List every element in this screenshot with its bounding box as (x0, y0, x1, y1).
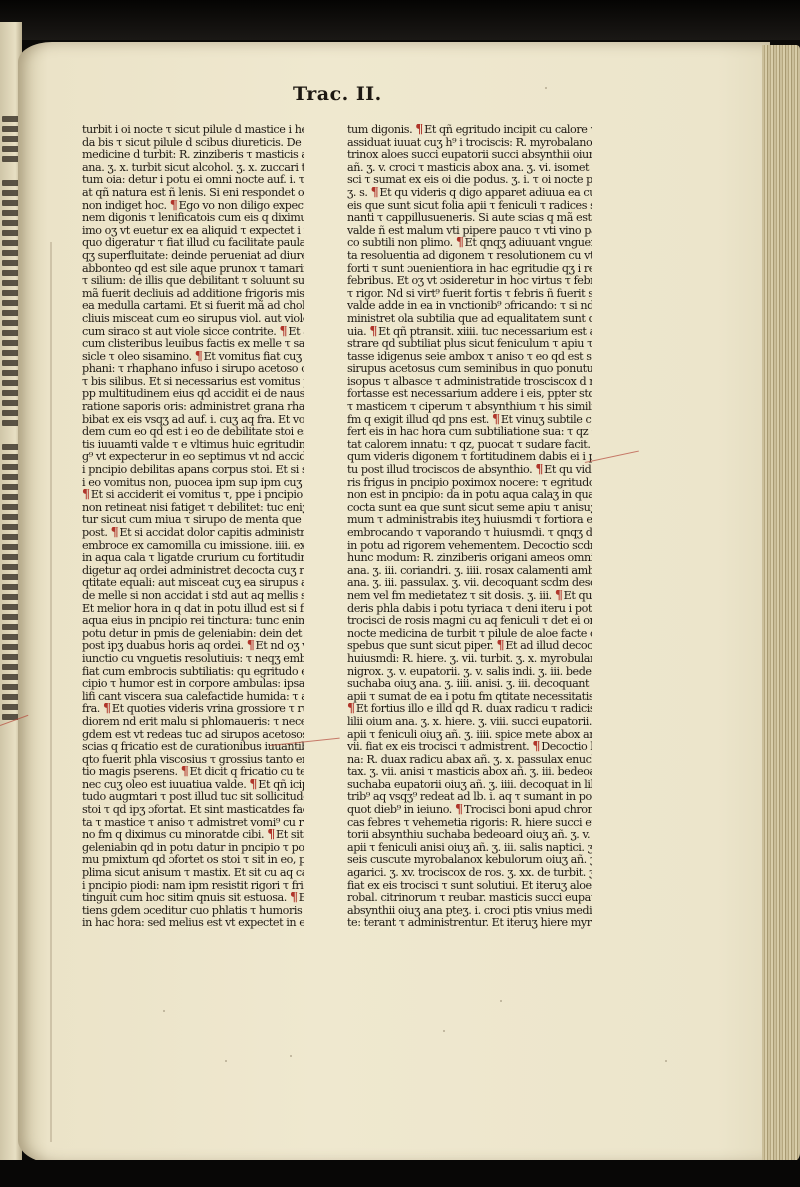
text-line: g⁹ vt expecterur in eo septimus vt nd ac… (82, 451, 304, 464)
line-text: i pncipio piodi: nam ipm resistit rigori… (82, 880, 304, 892)
text-line: trocisci de rosis magni cu aq feniculi τ… (347, 615, 592, 628)
running-head: Trac. II. (293, 83, 382, 105)
text-line: ana. ʒ. iii. passulax. ʒ. vii. decoquant… (347, 577, 592, 590)
line-text: tat calorem innatu: τ qz, puocat τ sudar… (347, 439, 590, 451)
text-line: turbit i oi nocte τ sicut pilule d masti… (82, 124, 304, 137)
text-line: tis iuuamti valde τ e vltimus huic egrit… (82, 439, 304, 452)
text-line: suchaba eupatorii oiuʒ añ. ʒ. iiii. deco… (347, 779, 592, 792)
line-text: da bis τ sicut pilule d scibus diuretici… (82, 137, 304, 149)
line-text: non retineat nisi fatiget τ debilitet: t… (82, 502, 304, 514)
text-line: quot dieb⁹ in ieiuno. ¶Trocisci boni apu… (347, 804, 592, 817)
line-text: cliuis misceat cum eo sirupus viol. aut … (82, 313, 304, 325)
line-text: apii τ sumat de ea i potu fm qtitate nec… (347, 691, 592, 703)
text-line: no fm q diximus cu minoratde cibi. ¶Et s… (82, 829, 304, 842)
text-line: diorem nd erit malu si phlomaueris: τ ne… (82, 716, 304, 729)
text-line: ana. ʒ. iii. coriandri. ʒ. iiii. rosax c… (347, 565, 592, 578)
line-text: lifi cant viscera sua calefactide humida… (82, 691, 304, 703)
text-line: valde ñ est malum vti pipere pauco τ vti… (347, 225, 592, 238)
line-text: ana. ʒ. iii. passulax. ʒ. vii. decoquant… (347, 577, 592, 589)
text-line: digetur aq ordei administret decocta cuʒ… (82, 565, 304, 578)
line-text: fortasse est necessarium addere i eis, p… (347, 388, 592, 400)
paragraph-start-text: Et qu videris q digo apparet adiuua ea c… (379, 187, 592, 199)
line-text: co subtili non plimo. (347, 237, 453, 249)
text-line: robal. citrinorum τ reubar. masticis suc… (347, 892, 592, 905)
line-text: valde adde in ea in vnctionib⁹ ɔfricando… (347, 300, 592, 312)
text-line: na: R. duax radicu abax añ. ʒ. x. passul… (347, 754, 592, 767)
text-line: lilii oium ana. ʒ. x. hiere. ʒ. viii. su… (347, 716, 592, 729)
line-text: in aqua cala τ ligatde crurium cu fortit… (82, 552, 304, 564)
paragraph-start-text: Et fortius illo e illd qd R. duax radicu… (356, 703, 592, 715)
text-line: embroce ex camomilla cu imissione. iiii.… (82, 540, 304, 553)
text-line: hunc modum: R. zinziberis origani ameos … (347, 552, 592, 565)
paragraph-mark-icon: ¶ (195, 351, 203, 364)
line-text: plima sicut anisum τ mastix. Et sit cu a… (82, 867, 304, 879)
text-line: ratione saporis oris: administret grana … (82, 401, 304, 414)
line-text: huiusmdi: R. hiere. ʒ. vii. turbit. ʒ. x… (347, 653, 592, 665)
line-text: tum digonis. (347, 124, 412, 136)
paragraph-mark-icon: ¶ (532, 741, 540, 754)
text-line: iunctio cu vnguetis resolutiuis: τ neqʒ … (82, 653, 304, 666)
text-line: τ masticem τ ciperum τ absynthium τ his … (347, 401, 592, 414)
paragraph-start-text: Et vomitus fiat cuʒ aq rha (204, 351, 304, 363)
text-line: tax. ʒ. vii. anisi τ masticis abox añ. ʒ… (347, 766, 592, 779)
line-text: tinguit cum hoc sitim qnuis sit estuosa. (82, 892, 287, 904)
paragraph-start-text: Et quoties videris vrina grossiore τ rub… (112, 703, 304, 715)
line-text: tum oia: detur i potu ei omni nocte auf.… (82, 174, 304, 186)
text-line: mum τ administrabis iteʒ huiusmdi τ fort… (347, 514, 592, 527)
text-line: cum clisteribus leuibus factis ex melle … (82, 338, 304, 351)
text-line: ana. ʒ. x. turbit sicut alcohol. ʒ. x. z… (82, 162, 304, 175)
text-line: sirupus acetosus cum seminibus in quo po… (347, 363, 592, 376)
line-text: mu pmixtum qd ɔfortet os stoi τ sit in e… (82, 854, 304, 866)
line-text: non indiget hoc. (82, 200, 167, 212)
text-line: ʒ. s. ¶Et qu videris q digo apparet adiu… (347, 187, 592, 200)
line-text: trinox aloes succi eupatorii succi absyn… (347, 149, 592, 161)
line-text: cum clisteribus leuibus factis ex melle … (82, 338, 304, 350)
line-text: valde ñ est malum vti pipere pauco τ vti… (347, 225, 592, 237)
text-line: fm q exigit illud qd pns est. ¶Et vinuʒ … (347, 414, 592, 427)
line-text: qtitate equali: aut misceat cuʒ ea sirup… (82, 577, 304, 589)
line-text: tiens gdem ɔceditur cuo phlatis τ humori… (82, 905, 304, 917)
text-line: τ bis silibus. Et si necessarius est vom… (82, 376, 304, 389)
text-line: potu detur in pmis de geleniabin: dein d… (82, 628, 304, 641)
paragraph-start-text: Et vinuʒ subtile cō (501, 414, 592, 426)
line-text: seis cuscute myrobalanox kebulorum oiuʒ … (347, 854, 592, 866)
text-line: lifi cant viscera sua calefactide humida… (82, 691, 304, 704)
line-text: at qñ natura est ñ lenis. Si eni respond… (82, 187, 304, 199)
text-line: nigrox. ʒ. v. eupatorii. ʒ. v. salis ind… (347, 666, 592, 679)
line-text: in potu ad rigorem vehementem. Decoctio … (347, 540, 592, 552)
background-bottom (0, 1160, 800, 1187)
text-line: nocte medicina de turbit τ pilule de alo… (347, 628, 592, 641)
text-line: non retineat nisi fatiget τ debilitet: t… (82, 502, 304, 515)
text-line: apii τ feniculi anisi oiuʒ añ. ʒ. iii. s… (347, 842, 592, 855)
line-text: cipio τ humor est in corpore ambulas: ip… (82, 678, 304, 690)
text-line: qum videris digonem τ fortitudinem dabis… (347, 451, 592, 464)
line-text: febribus. Et oʒ vt ɔsideretur in hoc vir… (347, 275, 592, 287)
line-text: sirupus acetosus cum seminibus in quo po… (347, 363, 592, 375)
line-text: embrocando τ vaporando τ huiusmdi. τ qnq… (347, 527, 592, 539)
text-line: i eo vomitus non, puocea ipm sup ipm cuʒ… (82, 477, 304, 490)
text-line: stoi τ qd ipʒ ɔfortat. Et sint masticatd… (82, 804, 304, 817)
line-text: forti τ sunt ɔuenientiora in hac egritud… (347, 263, 592, 275)
text-line: sci τ sumat ex eis oi die podus. ʒ. i. τ… (347, 174, 592, 187)
line-text: Et melior hora in q dat in potu illud es… (82, 603, 304, 615)
text-line: qto fuerit phla viscosius τ grossius tan… (82, 754, 304, 767)
line-text: geleniabin qd in potu datur in pncipio τ… (82, 842, 304, 854)
paragraph-start-text: Ego vo non diligo expectatio (179, 200, 304, 212)
line-text: cas febres τ vehemetia rigoris: R. hiere… (347, 817, 592, 829)
paragraph-start-text: Et multo (299, 892, 304, 904)
line-text: tis iuuamti valde τ e vltimus huic egrit… (82, 439, 304, 451)
text-line: absynthii oiuʒ ana pteʒ. i. croci ptis v… (347, 905, 592, 918)
text-line: febribus. Et oʒ vt ɔsideretur in hoc vir… (347, 275, 592, 288)
paragraph-mark-icon: ¶ (82, 489, 90, 502)
line-text: g⁹ vt expecterur in eo septimus vt nd ac… (82, 451, 304, 463)
text-line: post ipʒ duabus horis aq ordei. ¶Et nd o… (82, 640, 304, 653)
line-text: sci τ sumat ex eis oi die podus. ʒ. i. τ… (347, 174, 592, 186)
line-text: nigrox. ʒ. v. eupatorii. ʒ. v. salis ind… (347, 666, 592, 678)
text-line: i pncipio piodi: nam ipm resistit rigori… (82, 880, 304, 893)
text-line: qtitate equali: aut misceat cuʒ ea sirup… (82, 577, 304, 590)
line-text: diorem nd erit malu si phlomaueris: τ ne… (82, 716, 304, 728)
page-block-edges (762, 45, 800, 1163)
line-text: trib⁹ aq vsqʒ⁹ redeat ad lb. i. aq τ sum… (347, 791, 592, 803)
text-line: nem digonis τ lenificatois cum eis q dix… (82, 212, 304, 225)
paragraph-mark-icon: ¶ (371, 187, 379, 200)
line-text: fiat cum embrocis subtiliatis: qu egritu… (82, 666, 304, 678)
line-text: stoi τ qd ipʒ ɔfortat. Et sint masticatd… (82, 804, 304, 816)
paragraph-mark-icon: ¶ (181, 766, 189, 779)
text-line: ris frigus in pncipio poximox nocere: τ … (347, 477, 592, 490)
text-line: mã fuerit decliuis ad additione frigoris… (82, 288, 304, 301)
line-text: nanti τ cappillusueneris. Si aute scias … (347, 212, 592, 224)
text-line: ¶Et fortius illo e illd qd R. duax radic… (347, 703, 592, 716)
text-column-right: tum digonis. ¶Et qñ egritudo incipit cu … (347, 124, 592, 930)
line-text: na: R. duax radicu abax añ. ʒ. x. passul… (347, 754, 592, 766)
text-line: tum digonis. ¶Et qñ egritudo incipit cu … (347, 124, 592, 137)
line-text: tio magis pserens. (82, 766, 178, 778)
line-text: aqua eius in pncipio rei tinctura: tunc … (82, 615, 304, 627)
text-line: torii absynthiu suchaba bedeoard oiuʒ añ… (347, 829, 592, 842)
paragraph-start-text: Et si acciderit ei vomitus τ, ppe i pnci… (91, 489, 304, 501)
line-text: post ipʒ duabus horis aq ordei. (82, 640, 244, 652)
paragraph-mark-icon: ¶ (535, 464, 543, 477)
line-text: strare qd subtiliat plus sicut feniculum… (347, 338, 592, 350)
paragraph-mark-icon: ¶ (456, 237, 464, 250)
line-text: iunctio cu vnguetis resolutiuis: τ neqʒ … (82, 653, 304, 665)
line-text: τ bis silibus. Et si necessarius est vom… (82, 376, 304, 388)
text-line: vii. fiat ex eis trocisci τ admistrent. … (347, 741, 592, 754)
line-text: medicine d turbit: R. zinziberis τ masti… (82, 149, 304, 161)
text-line: in potu ad rigorem vehementem. Decoctio … (347, 540, 592, 553)
line-text: dem cum eo qd est i eo de debilitate sto… (82, 426, 304, 438)
text-line: eis que sunt sicut folia apii τ feniculi… (347, 200, 592, 213)
line-text: ministret ola subtilia que ad equalitate… (347, 313, 592, 325)
line-text: ris frigus in pncipio poximox nocere: τ … (347, 477, 592, 489)
line-text: tur sicut cum miua τ sirupo de menta que… (82, 514, 304, 526)
paragraph-start-text: Et qñ icipit egri (258, 779, 304, 791)
line-text: ana. ʒ. x. turbit sicut alcohol. ʒ. x. z… (82, 162, 304, 174)
paragraph-start-text: Et qu vi (564, 590, 592, 602)
paragraph-mark-icon: ¶ (415, 124, 423, 137)
text-line: ministret ola subtilia que ad equalitate… (347, 313, 592, 326)
text-line: suchaba oiuʒ ana. ʒ. iiii. anisi. ʒ. iii… (347, 678, 592, 691)
line-text: no fm q diximus cu minoratde cibi. (82, 829, 264, 841)
line-text: ta resoluentia ad digonem τ resolutionem… (347, 250, 592, 262)
line-text: hunc modum: R. zinziberis origani ameos … (347, 552, 592, 564)
paragraph-mark-icon: ¶ (347, 703, 355, 716)
text-line: phani: τ rhaphano infuso i sirupo acetos… (82, 363, 304, 376)
line-text: τ silium: de illis que debilitant τ solu… (82, 275, 304, 287)
text-line: imo oʒ vt euetur ex ea aliquid τ expecte… (82, 225, 304, 238)
text-line: trib⁹ aq vsqʒ⁹ redeat ad lb. i. aq τ sum… (347, 791, 592, 804)
text-line: tiens gdem ɔceditur cuo phlatis τ humori… (82, 905, 304, 918)
text-line: tio magis pserens. ¶Et dicit q fricatio … (82, 766, 304, 779)
text-line: fiat ex eis trocisci τ sunt solutiui. Et… (347, 880, 592, 893)
line-text: te: terant τ administrentur. Et iteruʒ h… (347, 917, 592, 929)
text-line: τ silium: de illis que debilitant τ solu… (82, 275, 304, 288)
paragraph-mark-icon: ¶ (455, 804, 463, 817)
text-line: scias q fricatio est de curationibus iuu… (82, 741, 304, 754)
line-text: ratione saporis oris: administret grana … (82, 401, 304, 413)
paragraph-start-text: Trocisci boni apud chroni (464, 804, 592, 816)
paragraph-start-text: Et dicit q fricatio cu tela ara (190, 766, 304, 778)
line-text: in hac hora: sed melius est vt expectet … (82, 917, 304, 929)
text-line: huiusmdi: R. hiere. ʒ. vii. turbit. ʒ. x… (347, 653, 592, 666)
text-column-left: turbit i oi nocte τ sicut pilule d masti… (82, 124, 304, 930)
line-text: fert eis in hac hora cum subtiliatione s… (347, 426, 592, 438)
paragraph-start-text: Et qu vide (544, 464, 592, 476)
line-text: quo digeratur τ fiat illud cu facilitate… (82, 237, 304, 249)
line-text: apii τ feniculi anisi oiuʒ añ. ʒ. iii. s… (347, 842, 592, 854)
text-line: sicle τ oleo sisamino. ¶Et vomitus fiat … (82, 351, 304, 364)
text-line: fra. ¶Et quoties videris vrina grossiore… (82, 703, 304, 716)
text-line: deris phla dabis i potu tyriaca τ deni i… (347, 603, 592, 616)
text-line: cipio τ humor est in corpore ambulas: ip… (82, 678, 304, 691)
text-line: ¶Et si acciderit ei vomitus τ, ppe i pnc… (82, 489, 304, 502)
text-line: agarici. ʒ. xv. trociscox de ros. ʒ. xx.… (347, 867, 592, 880)
text-line: embrocando τ vaporando τ huiusmdi. τ qnq… (347, 527, 592, 540)
paragraph-start-text: Decoctio bo (541, 741, 592, 753)
text-line: cas febres τ vehemetia rigoris: R. hiere… (347, 817, 592, 830)
line-text: qʒ superfluitate: deinde perueniat ad di… (82, 250, 304, 262)
text-line: isopus τ albasce τ administratide trosci… (347, 376, 592, 389)
text-line: nem vel fm medietatez τ sit dosis. ʒ. ii… (347, 590, 592, 603)
text-line: tudo augmtari τ post illud tuc sit solli… (82, 791, 304, 804)
line-text: bibat ex eis vsqʒ ad auf. i. cuʒ aq fra.… (82, 414, 304, 426)
paragraph-mark-icon: ¶ (267, 829, 275, 842)
text-line: τ rigor. Nd si virt⁹ fuerit fortis τ feb… (347, 288, 592, 301)
text-line: ta τ mastice τ aniso τ admistret vomi⁹ c… (82, 817, 304, 830)
text-line: strare qd subtiliat plus sicut feniculum… (347, 338, 592, 351)
line-text: imo oʒ vt euetur ex ea aliquid τ expecte… (82, 225, 304, 237)
paragraph-start-text: Et qnqʒ adiuuant vnguen (465, 237, 592, 249)
text-line: forti τ sunt ɔuenientiora in hac egritud… (347, 263, 592, 276)
text-line: nanti τ cappillusueneris. Si aute scias … (347, 212, 592, 225)
line-text: ta τ mastice τ aniso τ admistret vomi⁹ c… (82, 817, 304, 829)
text-line: uia. ¶Et qñ ptransit. xiiii. tuc necessa… (347, 326, 592, 339)
line-text: turbit i oi nocte τ sicut pilule d masti… (82, 124, 304, 136)
text-line: bibat ex eis vsqʒ ad auf. i. cuʒ aq fra.… (82, 414, 304, 427)
paragraph-start-text: Et ad illud decocto (505, 640, 592, 652)
line-text: cum siraco st aut viole sicce contrite. (82, 326, 276, 338)
line-text: nem digonis τ lenificatois cum eis q dix… (82, 212, 304, 224)
text-line: da bis τ sicut pilule d scibus diuretici… (82, 137, 304, 150)
paragraph-start-text: Et qñ egritudo incipit cu calore τ (424, 124, 592, 136)
text-line: cliuis misceat cum eo sirupus viol. aut … (82, 313, 304, 326)
line-text: i eo vomitus non, puocea ipm sup ipm cuʒ… (82, 477, 304, 489)
line-text: non est in pncipio: da in potu aqua cala… (347, 489, 592, 501)
line-text: pp multitudinem eius qd accidit ei de na… (82, 388, 304, 400)
line-text: tasse idigenus seie ambox τ aniso τ eo q… (347, 351, 592, 363)
paragraph-start-text: Et adiuues (288, 326, 304, 338)
paragraph-start-text: Et si accidat dolor capitis administrent… (119, 527, 304, 539)
text-line: tu post illud trociscos de absynthio. ¶E… (347, 464, 592, 477)
paragraph-mark-icon: ¶ (555, 590, 563, 603)
line-text: ea medulla cartami. Et si fuerit mã ad c… (82, 300, 304, 312)
text-line: qʒ superfluitate: deinde perueniat ad di… (82, 250, 304, 263)
paragraph-mark-icon: ¶ (247, 640, 255, 653)
text-line: te: terant τ administrentur. Et iteruʒ h… (347, 917, 592, 930)
line-text: mã fuerit decliuis ad additione frigoris… (82, 288, 304, 300)
paragraph-start-text: Et qñ ptransit. xiiii. tuc necessarium e… (378, 326, 592, 338)
line-text: digetur aq ordei administret decocta cuʒ… (82, 565, 304, 577)
paragraph-mark-icon: ¶ (103, 703, 111, 716)
text-line: quo digeratur τ fiat illud cu facilitate… (82, 237, 304, 250)
text-line: tum oia: detur i potu ei omni nocte auf.… (82, 174, 304, 187)
line-text: scias q fricatio est de curationibus iuu… (82, 741, 304, 753)
text-line: fert eis in hac hora cum subtiliatione s… (347, 426, 592, 439)
text-line: apii τ feniculi oiuʒ añ. ʒ. iiii. spice … (347, 729, 592, 742)
text-line: spebus que sunt sicut piper. ¶Et ad illu… (347, 640, 592, 653)
text-line: seis cuscute myrobalanox kebulorum oiuʒ … (347, 854, 592, 867)
line-text: τ rigor. Nd si virt⁹ fuerit fortis τ feb… (347, 288, 592, 300)
text-line: tur sicut cum miua τ sirupo de menta que… (82, 514, 304, 527)
line-text: phani: τ rhaphano infuso i sirupo acetos… (82, 363, 304, 375)
text-line: aqua eius in pncipio rei tinctura: tunc … (82, 615, 304, 628)
line-text: fra. (82, 703, 100, 715)
text-line: geleniabin qd in potu datur in pncipio τ… (82, 842, 304, 855)
text-line: in hac hora: sed melius est vt expectet … (82, 917, 304, 930)
text-line: ea medulla cartami. Et si fuerit mã ad c… (82, 300, 304, 313)
line-text: absynthii oiuʒ ana pteʒ. i. croci ptis v… (347, 905, 592, 917)
text-line: mu pmixtum qd ɔfortet os stoi τ sit in e… (82, 854, 304, 867)
paragraph-mark-icon: ¶ (492, 414, 500, 427)
paragraph-mark-icon: ¶ (280, 326, 288, 339)
text-line: pp multitudinem eius qd accidit ei de na… (82, 388, 304, 401)
text-line: fortasse est necessarium addere i eis, p… (347, 388, 592, 401)
text-line: ta resoluentia ad digonem τ resolutionem… (347, 250, 592, 263)
line-text: sicle τ oleo sisamino. (82, 351, 192, 363)
line-text: nem vel fm medietatez τ sit dosis. ʒ. ii… (347, 590, 552, 602)
line-text: torii absynthiu suchaba bedeoard oiuʒ añ… (347, 829, 592, 841)
line-text: apii τ feniculi oiuʒ añ. ʒ. iiii. spice … (347, 729, 592, 741)
text-line: apii τ sumat de ea i potu fm qtitate nec… (347, 691, 592, 704)
text-line: valde adde in ea in vnctionib⁹ ɔfricando… (347, 300, 592, 313)
line-text: ana. ʒ. iii. coriandri. ʒ. iiii. rosax c… (347, 565, 592, 577)
line-text: isopus τ albasce τ administratide trosci… (347, 376, 592, 388)
gutter-shadow (50, 242, 52, 1142)
line-text: tu post illud trociscos de absynthio. (347, 464, 532, 476)
line-text: fiat ex eis trocisci τ sunt solutiui. Et… (347, 880, 592, 892)
line-text: vii. fiat ex eis trocisci τ admistrent. (347, 741, 529, 753)
paragraph-mark-icon: ¶ (369, 326, 377, 339)
text-line: tasse idigenus seie ambox τ aniso τ eo q… (347, 351, 592, 364)
text-line: post. ¶Et si accidat dolor capitis admin… (82, 527, 304, 540)
paragraph-start-text: Et nd oʒ vt fiat (256, 640, 304, 652)
line-text: de melle si non accidat i std aut aq mel… (82, 590, 304, 602)
line-text: nec cuʒ oleo est iuuatiua valde. (82, 779, 246, 791)
paragraph-mark-icon: ¶ (111, 527, 119, 540)
background-top (0, 0, 800, 40)
line-text: qto fuerit phla viscosius τ grossius tan… (82, 754, 304, 766)
line-text: ʒ. s. (347, 187, 367, 199)
line-text: embroce ex camomilla cu imissione. iiii.… (82, 540, 304, 552)
text-line: dem cum eo qd est i eo de debilitate sto… (82, 426, 304, 439)
text-line: medicine d turbit: R. zinziberis τ masti… (82, 149, 304, 162)
text-line: abbonteo qd est sile aque prunox τ tamar… (82, 263, 304, 276)
text-line: co subtili non plimo. ¶Et qnqʒ adiuuant … (347, 237, 592, 250)
line-text: assiduat iuuat cuʒ h⁹ i trociscis: R. my… (347, 137, 592, 149)
line-text: tudo augmtari τ post illud tuc sit solli… (82, 791, 304, 803)
line-text: mum τ administrabis iteʒ huiusmdi τ fort… (347, 514, 592, 526)
text-line: i pncipio debilitas apans corpus stoi. E… (82, 464, 304, 477)
text-line: cum siraco st aut viole sicce contrite. … (82, 326, 304, 339)
line-text: τ masticem τ ciperum τ absynthium τ his … (347, 401, 592, 413)
line-text: potu detur in pmis de geleniabin: dein d… (82, 628, 304, 640)
text-line: assiduat iuuat cuʒ h⁹ i trociscis: R. my… (347, 137, 592, 150)
line-text: añ. ʒ. v. croci τ masticis abox ana. ʒ. … (347, 162, 592, 174)
line-text: qum videris digonem τ fortitudinem dabis… (347, 451, 592, 463)
text-line: trinox aloes succi eupatorii succi absyn… (347, 149, 592, 162)
line-text: nocte medicina de turbit τ pilule de alo… (347, 628, 592, 640)
text-line: tinguit cum hoc sitim qnuis sit estuosa.… (82, 892, 304, 905)
line-text: quot dieb⁹ in ieiuno. (347, 804, 452, 816)
line-text: trocisci de rosis magni cu aq feniculi τ… (347, 615, 592, 627)
line-text: tax. ʒ. vii. anisi τ masticis abox añ. ʒ… (347, 766, 592, 778)
line-text: eis que sunt sicut folia apii τ feniculi… (347, 200, 592, 212)
paragraph-start-text: Et sit cum (276, 829, 304, 841)
paragraph-mark-icon: ¶ (249, 779, 257, 792)
line-text: spebus que sunt sicut piper. (347, 640, 493, 652)
text-line: in aqua cala τ ligatde crurium cu fortit… (82, 552, 304, 565)
text-line: nec cuʒ oleo est iuuatiua valde. ¶Et qñ … (82, 779, 304, 792)
text-line: non indiget hoc. ¶Ego vo non diligo expe… (82, 200, 304, 213)
text-line: cocta sunt ea que sunt sicut seme apiu τ… (347, 502, 592, 515)
line-text: cocta sunt ea que sunt sicut seme apiu τ… (347, 502, 592, 514)
line-text: robal. citrinorum τ reubar. masticis suc… (347, 892, 592, 904)
paragraph-mark-icon: ¶ (290, 892, 298, 905)
line-text: fm q exigit illud qd pns est. (347, 414, 489, 426)
paragraph-mark-icon: ¶ (170, 200, 178, 213)
line-text: uia. (347, 326, 366, 338)
line-text: suchaba eupatorii oiuʒ añ. ʒ. iiii. deco… (347, 779, 592, 791)
line-text: lilii oium ana. ʒ. x. hiere. ʒ. viii. su… (347, 716, 592, 728)
paragraph-mark-icon: ¶ (496, 640, 504, 653)
line-text: i pncipio debilitas apans corpus stoi. E… (82, 464, 304, 476)
text-line: añ. ʒ. v. croci τ masticis abox ana. ʒ. … (347, 162, 592, 175)
line-text: gdem est vt redeas tuc ad sirupos acetos… (82, 729, 304, 741)
text-line: non est in pncipio: da in potu aqua cala… (347, 489, 592, 502)
text-line: tat calorem innatu: τ qz, puocat τ sudar… (347, 439, 592, 452)
text-line: plima sicut anisum τ mastix. Et sit cu a… (82, 867, 304, 880)
line-text: post. (82, 527, 107, 539)
line-text: suchaba oiuʒ ana. ʒ. iiii. anisi. ʒ. iii… (347, 678, 592, 690)
line-text: deris phla dabis i potu tyriaca τ deni i… (347, 603, 592, 615)
text-line: fiat cum embrocis subtiliatis: qu egritu… (82, 666, 304, 679)
text-line: gdem est vt redeas tuc ad sirupos acetos… (82, 729, 304, 742)
